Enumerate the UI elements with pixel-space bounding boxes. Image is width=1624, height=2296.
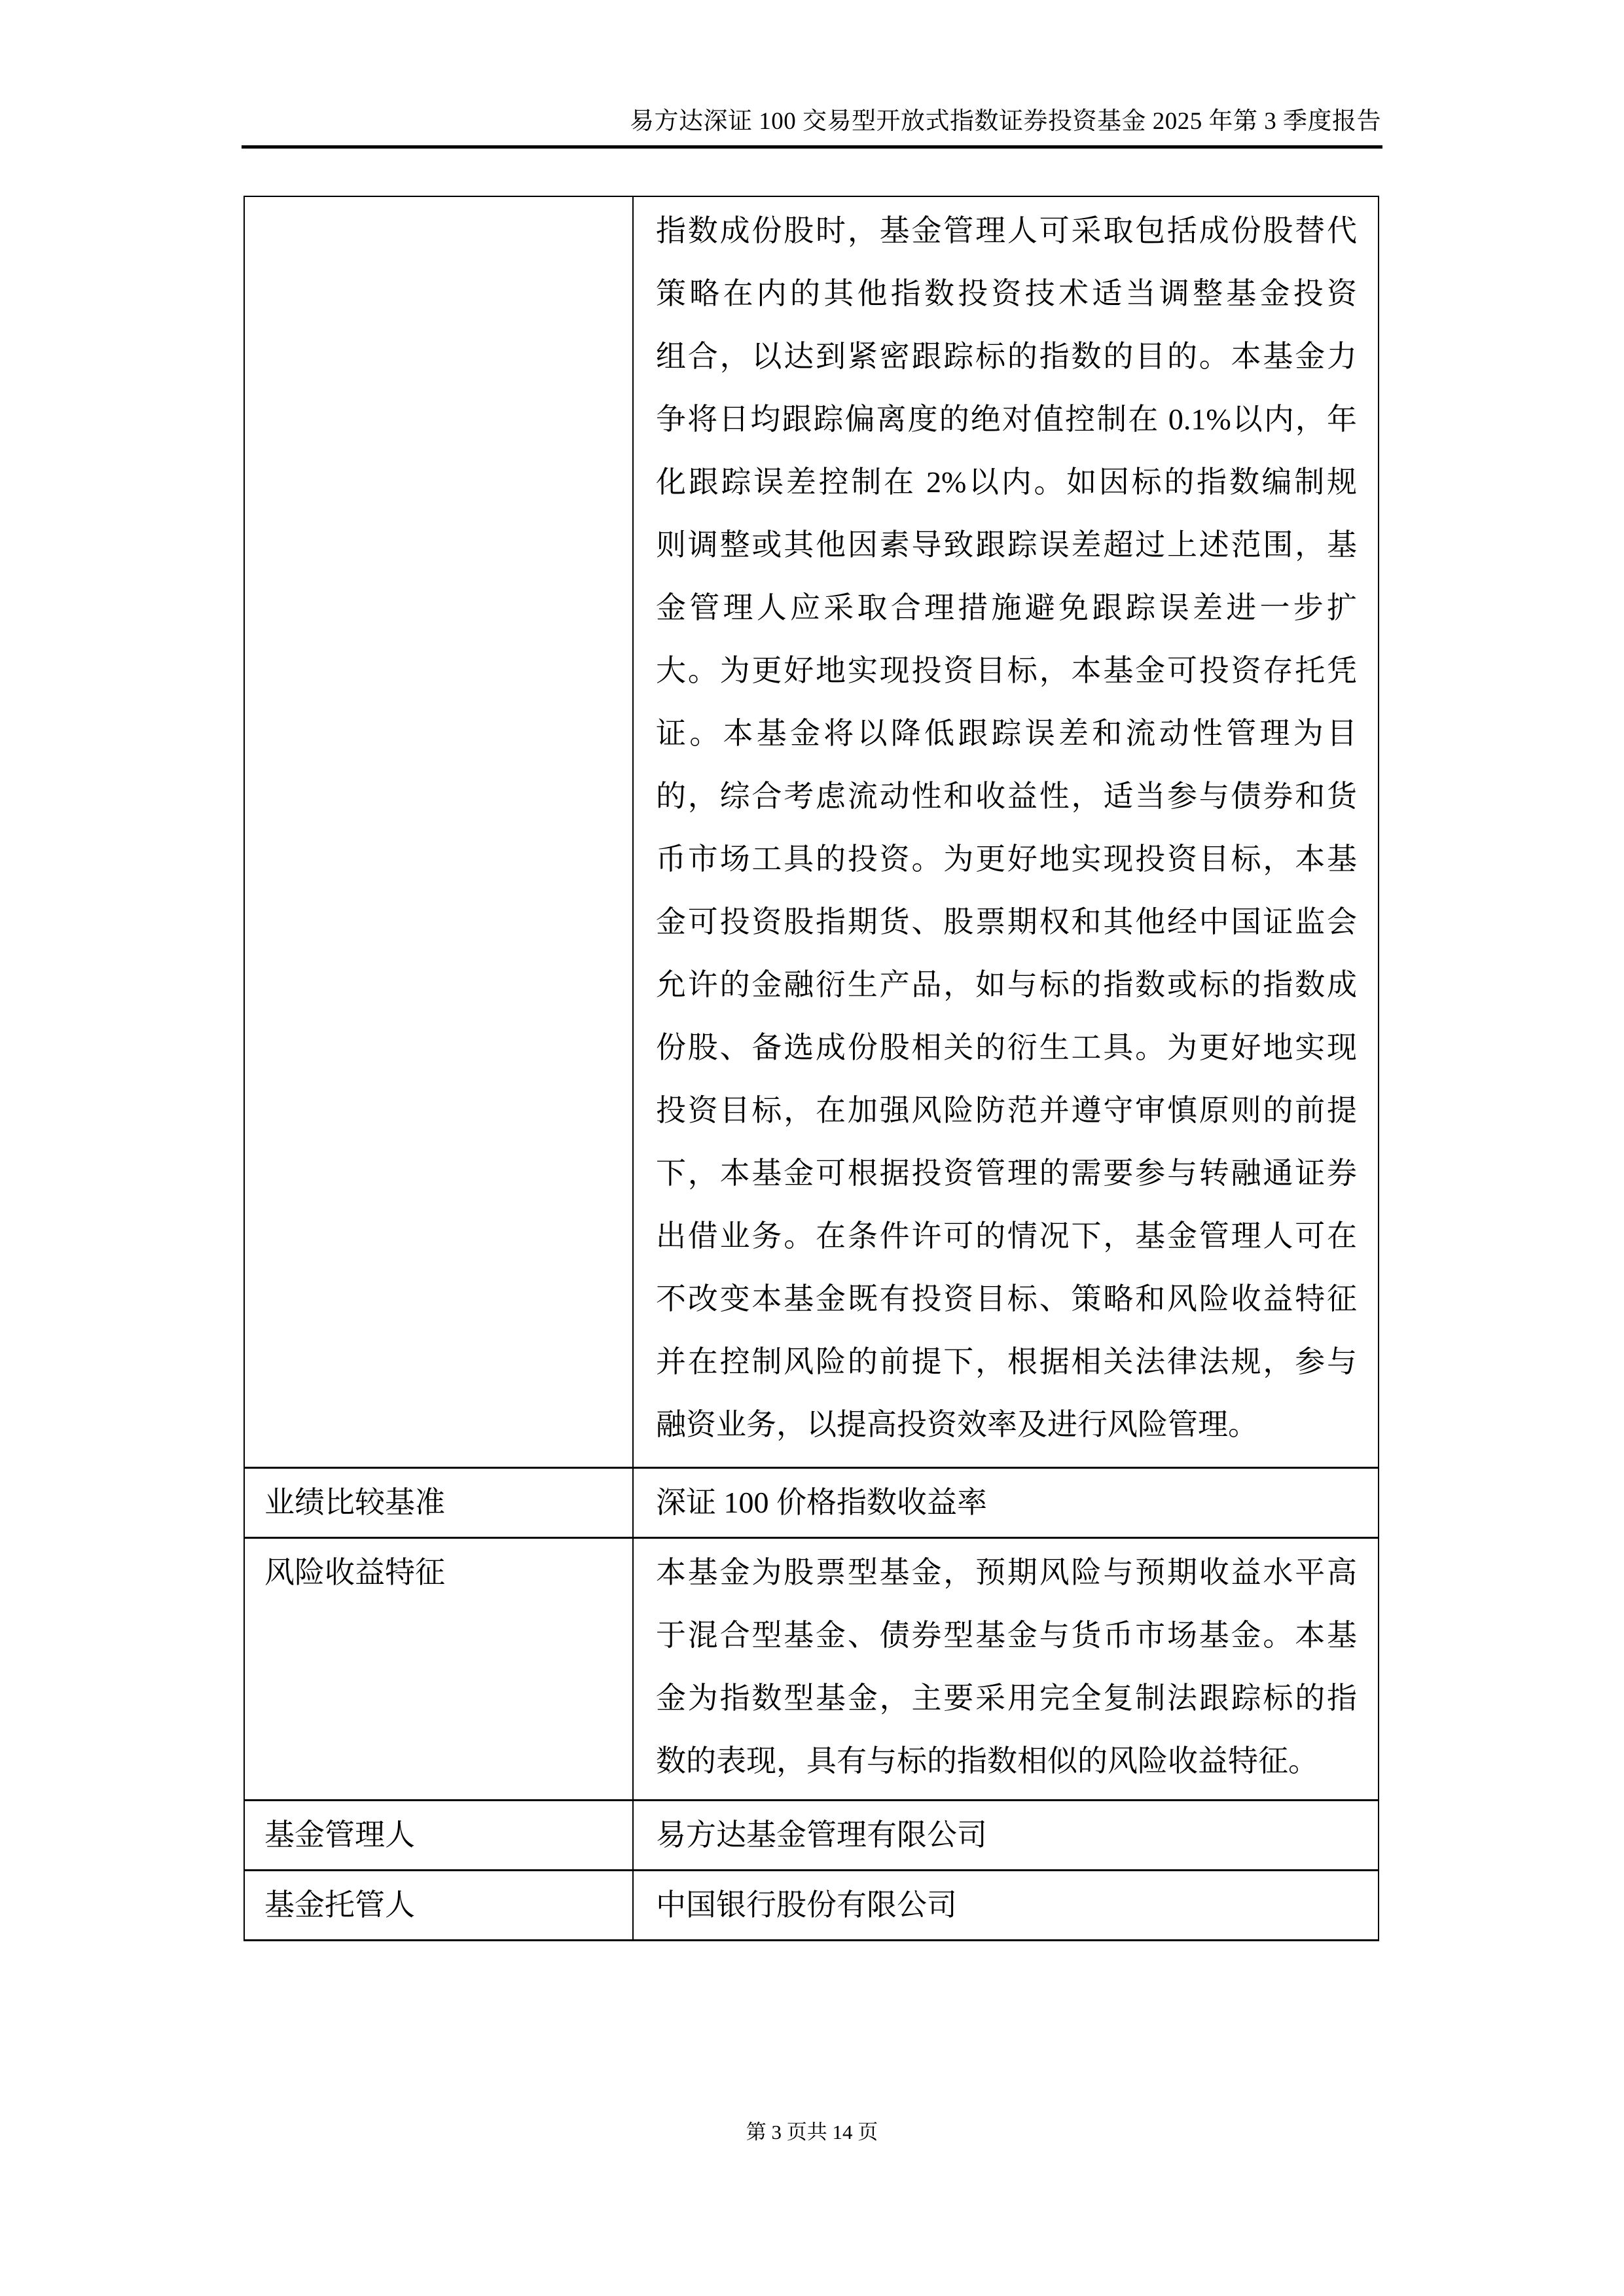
text-line: 深证 100 价格指数收益率 [656,1471,1357,1534]
row-content-fund-custodian: 中国银行股份有限公司 [634,1871,1378,1939]
row-content-risk-return: 本基金为股票型基金，预期风险与预期收益水平高于混合型基金、债券型基金与货币市场基… [634,1539,1378,1799]
table-row-fund-custodian: 基金托管人 中国银行股份有限公司 [245,1869,1378,1939]
row-content-investment-strategy: 指数成份股时，基金管理人可采取包括成份股替代策略在内的其他指数投资技术适当调整基… [634,197,1378,1467]
fund-info-table: 指数成份股时，基金管理人可采取包括成份股替代策略在内的其他指数投资技术适当调整基… [244,196,1379,1941]
text-line: 并在控制风险的前提下，根据相关法律法规，参与 [656,1331,1357,1393]
row-label: 基金管理人 [245,1801,634,1869]
header-rule [242,145,1382,149]
text-line: 出借业务。在条件许可的情况下，基金管理人可在 [656,1205,1357,1268]
text-line: 金可投资股指期货、股票期权和其他经中国证监会 [656,891,1357,954]
text-line: 争将日均跟踪偏离度的绝对值控制在 0.1%以内，年 [656,388,1357,451]
row-content-fund-manager: 易方达基金管理有限公司 [634,1801,1378,1869]
text-line: 易方达基金管理有限公司 [656,1804,1357,1867]
text-line: 允许的金融衍生产品，如与标的指数或标的指数成 [656,954,1357,1016]
row-label: 风险收益特征 [245,1539,634,1799]
row-label: 业绩比较基准 [245,1469,634,1537]
table-row-benchmark: 业绩比较基准 深证 100 价格指数收益率 [245,1467,1378,1537]
text-line: 大。为更好地实现投资目标，本基金可投资存托凭 [656,639,1357,702]
text-line: 的，综合考虑流动性和收益性，适当参与债券和货 [656,765,1357,828]
table-row-strategy-continued: 指数成份股时，基金管理人可采取包括成份股替代策略在内的其他指数投资技术适当调整基… [245,197,1378,1467]
text-line: 于混合型基金、债券型基金与货币市场基金。本基 [656,1604,1357,1667]
page-footer: 第 3 页共 14 页 [0,2119,1624,2145]
header-title: 易方达深证 100 交易型开放式指数证券投资基金 2025 年第 3 季度报告 [630,106,1381,137]
page-number: 第 3 页共 14 页 [746,2121,878,2144]
text-line: 数的表现，具有与标的指数相似的风险收益特征。 [656,1730,1357,1793]
text-line: 策略在内的其他指数投资技术适当调整基金投资 [656,262,1357,325]
text-line: 份股、备选成份股相关的衍生工具。为更好地实现 [656,1016,1357,1079]
text-line: 则调整或其他因素导致跟踪误差超过上述范围，基 [656,514,1357,577]
text-line: 证。本基金将以降低跟踪误差和流动性管理为目 [656,702,1357,765]
table-row-risk-return: 风险收益特征 本基金为股票型基金，预期风险与预期收益水平高于混合型基金、债券型基… [245,1537,1378,1799]
text-line: 融资业务，以提高投资效率及进行风险管理。 [656,1393,1357,1456]
text-line: 中国银行股份有限公司 [656,1874,1357,1937]
text-line: 金为指数型基金，主要采用完全复制法跟踪标的指 [656,1667,1357,1730]
row-label: 基金托管人 [245,1871,634,1939]
text-line: 本基金为股票型基金，预期风险与预期收益水平高 [656,1541,1357,1604]
text-line: 下，本基金可根据投资管理的需要参与转融通证券 [656,1142,1357,1205]
text-line: 化跟踪误差控制在 2%以内。如因标的指数编制规 [656,451,1357,514]
text-line: 金管理人应采取合理措施避免跟踪误差进一步扩 [656,577,1357,639]
text-line: 不改变本基金既有投资目标、策略和风险收益特征 [656,1268,1357,1331]
text-line: 投资目标，在加强风险防范并遵守审慎原则的前提 [656,1079,1357,1142]
row-content-benchmark: 深证 100 价格指数收益率 [634,1469,1378,1537]
table-row-fund-manager: 基金管理人 易方达基金管理有限公司 [245,1799,1378,1869]
text-line: 币市场工具的投资。为更好地实现投资目标，本基 [656,828,1357,891]
text-line: 组合，以达到紧密跟踪标的指数的目的。本基金力 [656,325,1357,388]
report-page: 易方达深证 100 交易型开放式指数证券投资基金 2025 年第 3 季度报告 … [0,0,1624,2296]
text-line: 指数成份股时，基金管理人可采取包括成份股替代 [656,200,1357,262]
row-label [245,197,634,1467]
